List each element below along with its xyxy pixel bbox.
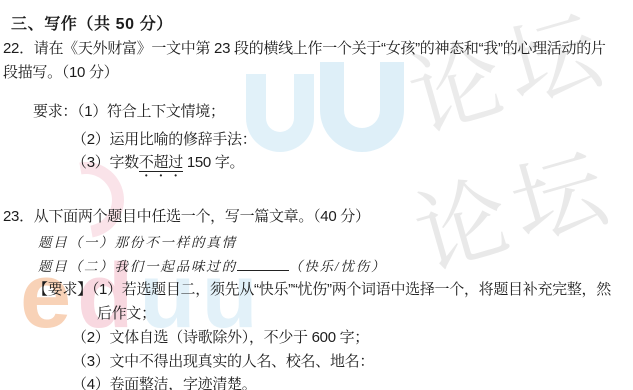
question-23-line: 23．从下面两个题目中任选一个，写一篇文章。（40 分） <box>3 205 370 226</box>
title-option-2-suffix: （快乐/忧伤） <box>289 259 386 274</box>
question-23-title-option-2: 题目（二）我们一起品味过的（快乐/忧伤） <box>38 255 386 275</box>
question-23-title-option-1: 题目（一）那份不一样的真情 <box>38 231 237 251</box>
section-heading: 三、写作（共 50 分） <box>11 11 173 34</box>
question-22-requirement-1: 要求：（1）符合上下文情境； <box>33 100 225 121</box>
blank-underline <box>237 259 289 271</box>
question-23-requirement-1-text: （1）若选题目二，须先从“快乐”“忧伤”两个词语中选择一个，将题目补充完整，然 <box>92 281 611 298</box>
question-22-requirement-2: （2）运用比喻的修辞手法： <box>72 128 256 149</box>
requirement-3-emphasized-text: 不超过 <box>139 154 183 172</box>
question-22-line1: 22．请在《天外财富》一文中第 23 段的横线上作一个关于“女孩”的神态和“我”… <box>3 37 606 58</box>
question-23-requirement-3: （3）文中不得出现真实的人名、校名、地名： <box>72 350 374 371</box>
question-23-requirement-2: （2）文体自选（诗歌除外），不少于 600 字； <box>72 326 369 347</box>
requirement-3-prefix: （3）字数 <box>72 154 139 171</box>
question-22-requirement-3: （3）字数不超过 150 字。 <box>72 151 244 180</box>
question-23-requirements-line1: 【要求】（1）若选题目二，须先从“快乐”“忧伤”两个词语中选择一个，将题目补充完… <box>33 278 611 299</box>
title-option-2-prefix: 题目（二）我们一起品味过的 <box>38 259 237 274</box>
requirements-bracket-label: 【要求】 <box>33 281 92 298</box>
exam-paper-page: 论坛 论坛 eduu 三、写作（共 50 分） 22．请在《天外财富》一文中第 … <box>0 0 633 390</box>
question-23-requirement-4: （4）卷面整洁，字迹清楚。 <box>72 373 256 390</box>
question-23-requirement-1-wrap: 后作文； <box>97 302 156 323</box>
document-content: 三、写作（共 50 分） 22．请在《天外财富》一文中第 23 段的横线上作一个… <box>0 0 633 390</box>
question-22-line2: 段描写。（10 分） <box>3 61 118 82</box>
requirement-3-suffix: 150 字。 <box>183 154 244 171</box>
